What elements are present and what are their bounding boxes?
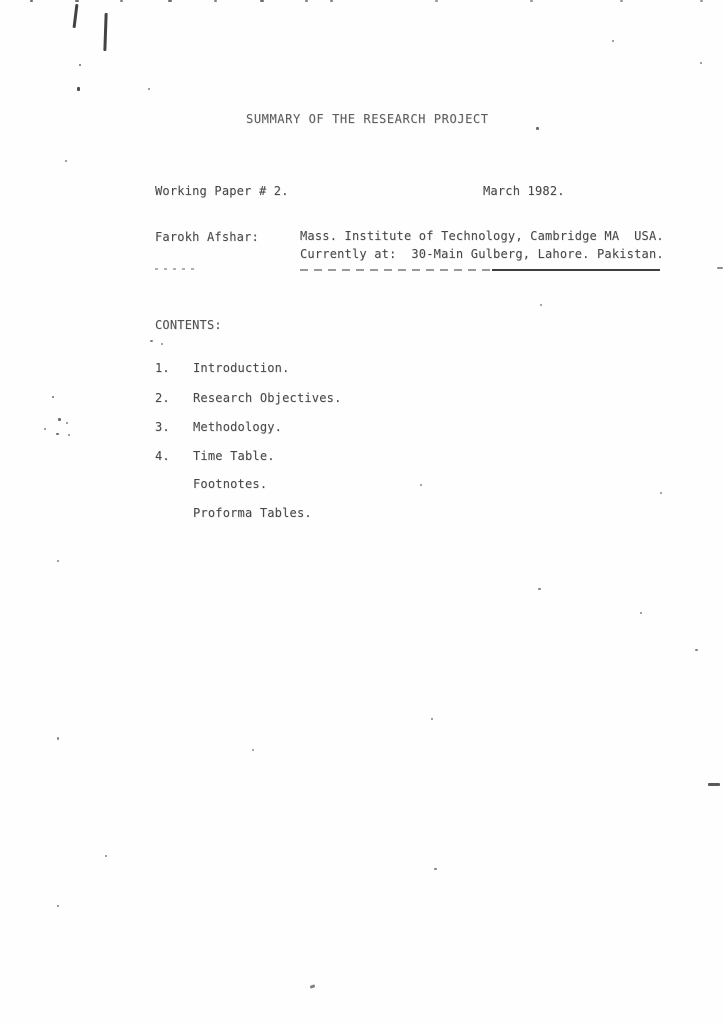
scan-speck	[536, 127, 539, 130]
contents-heading: CONTENTS:	[155, 318, 222, 332]
scan-speck	[420, 484, 422, 486]
author-name: Farokh Afshar:	[155, 230, 259, 244]
toc-item-label: Time Table.	[193, 449, 275, 463]
toc-item-label: Methodology.	[193, 420, 282, 434]
scan-speck	[77, 87, 80, 91]
scan-speck	[310, 984, 316, 989]
scan-speck	[65, 160, 67, 162]
scan-speck	[330, 0, 333, 2]
toc-item-label: Introduction.	[193, 361, 290, 375]
scan-speck	[103, 13, 107, 51]
scan-speck	[148, 88, 150, 90]
scan-speck	[708, 783, 720, 786]
scan-speck	[530, 0, 533, 2]
scan-speck	[79, 64, 81, 66]
scan-speck	[538, 588, 541, 590]
scan-speck	[612, 40, 614, 42]
scan-speck	[695, 649, 698, 651]
document-title: SUMMARY OF THE RESEARCH PROJECT	[246, 112, 489, 126]
scan-speck	[150, 340, 153, 342]
scan-speck	[30, 0, 33, 2]
divider-solid-segment	[492, 269, 660, 271]
scan-speck	[431, 718, 433, 720]
scan-speck	[75, 0, 79, 2]
scan-speck	[434, 868, 437, 870]
toc-item-label: Research Objectives.	[193, 391, 342, 405]
scan-speck	[214, 0, 217, 2]
scan-speck	[56, 433, 59, 435]
author-affiliation-line-1: Mass. Institute of Technology, Cambridge…	[300, 229, 664, 243]
scan-speck	[435, 0, 438, 2]
toc-item-label: Footnotes.	[193, 477, 267, 491]
scan-speck	[640, 612, 642, 614]
scan-speck	[57, 905, 59, 907]
scan-speck	[660, 492, 662, 494]
scan-speck	[68, 434, 70, 436]
scan-speck	[57, 560, 59, 562]
scan-speck	[700, 0, 703, 2]
scan-speck	[168, 0, 172, 2]
divider-dashed-segment	[300, 269, 492, 271]
divider-left-remnant	[155, 268, 195, 270]
toc-item-number: 4.	[155, 449, 170, 463]
scan-speck	[305, 0, 308, 2]
scan-speck	[120, 0, 123, 2]
scan-speck	[620, 0, 623, 2]
toc-item-number: 3.	[155, 420, 170, 434]
scan-speck	[44, 428, 46, 430]
scan-speck	[700, 62, 702, 64]
toc-item-label: Proforma Tables.	[193, 506, 312, 520]
scan-speck	[161, 343, 163, 345]
author-affiliation-line-2: Currently at: 30-Main Gulberg, Lahore. P…	[300, 247, 664, 261]
scan-speck	[717, 267, 723, 269]
working-paper-label: Working Paper # 2.	[155, 184, 289, 198]
scanned-document-page: SUMMARY OF THE RESEARCH PROJECT Working …	[0, 0, 724, 1024]
toc-item-number: 2.	[155, 391, 170, 405]
scan-speck	[66, 422, 68, 424]
scan-speck	[52, 396, 54, 398]
scan-speck	[252, 749, 254, 751]
document-date: March 1982.	[483, 184, 565, 198]
scan-speck	[58, 418, 61, 421]
scan-speck	[73, 4, 79, 28]
scan-speck	[57, 737, 59, 740]
scan-speck	[105, 855, 107, 857]
toc-item-number: 1.	[155, 361, 170, 375]
scan-speck	[260, 0, 264, 2]
scan-speck	[540, 304, 542, 306]
